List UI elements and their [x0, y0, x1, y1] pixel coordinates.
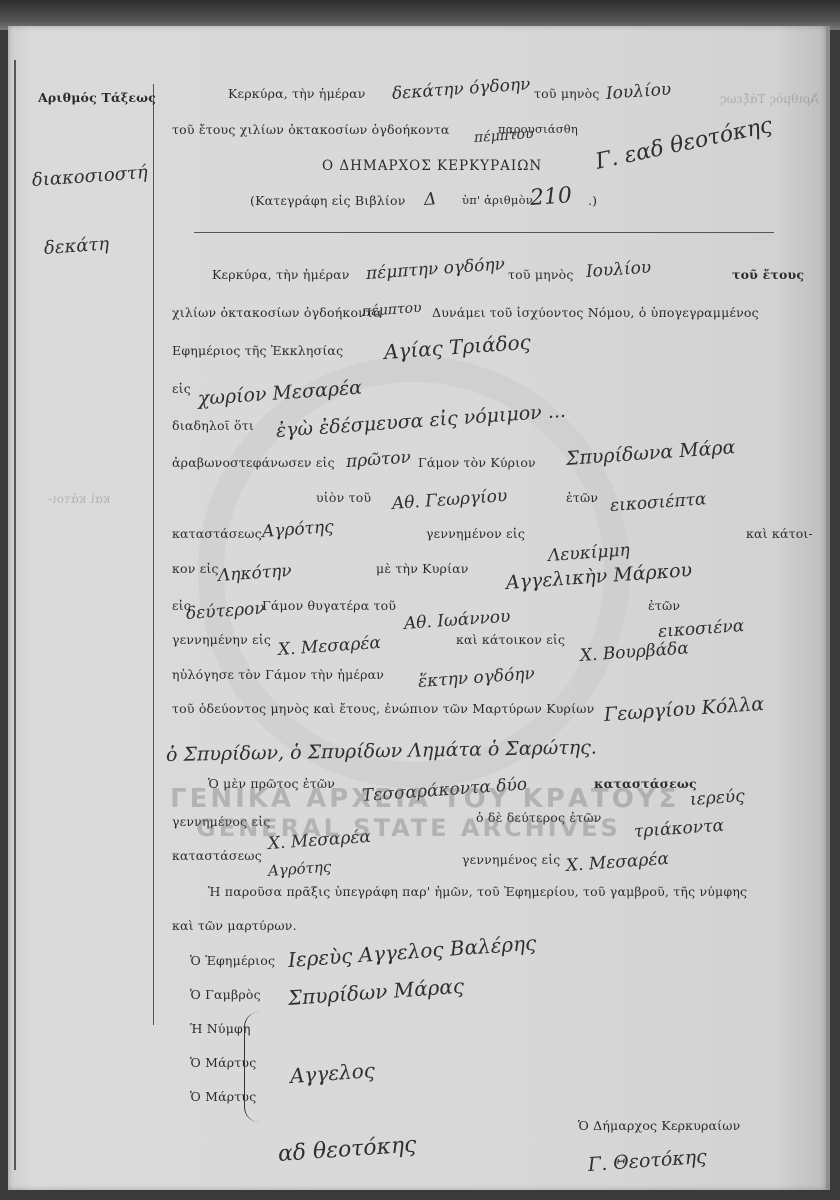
witnesses-label: τοῦ ὁδεύοντος μηνὸς καὶ ἔτους, ἐνώπιον τ… [172, 701, 594, 716]
groom-resident-label: καὶ κάτοι- [746, 526, 813, 541]
reg-month-label: τοῦ μηνὸς [534, 86, 600, 101]
bride-label: μὲ τὴν Κυρίαν [376, 561, 469, 576]
first-witness-status-label-2: καταστάσεως [172, 848, 262, 863]
left-margin-line [14, 60, 16, 1170]
married-label: ἀραβωνοστεφάνωσεν εἰς [172, 455, 335, 470]
reg-date-label: Κερκύρα, τὴν ἡμέραν [228, 86, 366, 101]
groom-born-label: γεννημένον εἰς [426, 526, 525, 541]
mayor-signature-label: Ὁ Δήμαρχος Κερκυραίων [578, 1118, 740, 1133]
groom-years-label: ἐτῶν [566, 490, 598, 505]
order-number-header: Αριθμός Τάξεως [38, 90, 156, 105]
record-number-label: ὑπ' ἀριθμὸν [462, 193, 533, 207]
daughter-of-label: Γάμον θυγατέρα τοῦ [262, 598, 396, 613]
groom-label: Γάμον τὸν Κύριον [418, 455, 536, 470]
body-month-label: τοῦ μηνὸς [508, 267, 574, 282]
record-number-hand: 210 [529, 183, 573, 211]
second-witness-born-label: γεννημένος εἰς [462, 852, 561, 867]
register-page [8, 26, 826, 1190]
archive-watermark-english: GENERAL STATE ARCHIVES [196, 814, 621, 842]
archive-watermark-greek: ΓΕΝΙΚΑ ΑΡΧΕΙΑ ΤΟΥ ΚΡΑΤΟΥΣ [170, 784, 679, 814]
header-divider [194, 232, 774, 233]
body-date-label: Κερκύρα, τὴν ἡμέραν [212, 267, 350, 282]
declares-label: διαδηλοῖ ὅτι [172, 418, 254, 433]
bride-born-label: γεννημένην εἰς [172, 632, 271, 647]
priest-church-label: Εφημέριος τῆς Ἐκκλησίας [172, 343, 343, 358]
body-law-text: Δυνάμει τοῦ ἰσχύοντος Νόμου, ὁ ὑπογεγραμ… [432, 305, 759, 320]
body-year-label: τοῦ ἔτους [732, 267, 804, 282]
place-label: εἰς [172, 381, 191, 396]
record-book-hand: Δ [423, 189, 437, 210]
bride-years-label: ἐτῶν [648, 598, 680, 613]
bleed-through-text: καὶ κάτοι- [48, 492, 110, 506]
reg-presented-label: παρουσιάσθη [498, 122, 578, 136]
bride-signature-label: Ἡ Νύμφη [190, 1021, 251, 1036]
column-divider [153, 84, 154, 1024]
signing-statement: Ἡ παροῦσα πρᾶξις ὑπεγράφη παρ' ἡμῶν, τοῦ… [208, 884, 747, 899]
signature-margin-line [153, 945, 154, 1025]
bride-resident-label: καὶ κάτοικον εἰς [456, 632, 565, 647]
groom-residence-label: κον εἰς [172, 561, 219, 576]
record-book-label: (Κατεγράφη εἰς Βιβλίον [250, 193, 406, 208]
son-of-label: υἱὸν τοῦ [316, 490, 371, 505]
record-suffix: .) [588, 193, 597, 208]
body-year-text: χιλίων ὀκτακοσίων ὀγδοήκοντα [172, 305, 382, 320]
bleed-through-text: Ἀριθμὸς Τάξεως [720, 92, 819, 106]
reg-year-label: τοῦ ἔτους χιλίων ὀκτακοσίων ὀγδοήκοντα [172, 122, 449, 137]
priest-signature-label: Ὁ Ἐφημέριος [190, 953, 275, 968]
groom-signature-label: Ὁ Γαμβρὸς [190, 987, 261, 1002]
blessed-label: ηὐλόγησε τὸν Γάμον τὴν ἡμέραν [172, 667, 384, 682]
mayor-title: Ο ΔΗΜΑΡΧΟΣ ΚΕΡΚΥΡΑΙΩΝ [322, 158, 542, 174]
groom-status-label: καταστάσεως [172, 526, 262, 541]
first-witness-status-hand: ιερεύς [689, 786, 745, 810]
signature-brace [244, 1012, 259, 1122]
signing-statement-2: καὶ τῶν μαρτύρων. [172, 918, 297, 933]
page-edge [826, 26, 830, 1190]
